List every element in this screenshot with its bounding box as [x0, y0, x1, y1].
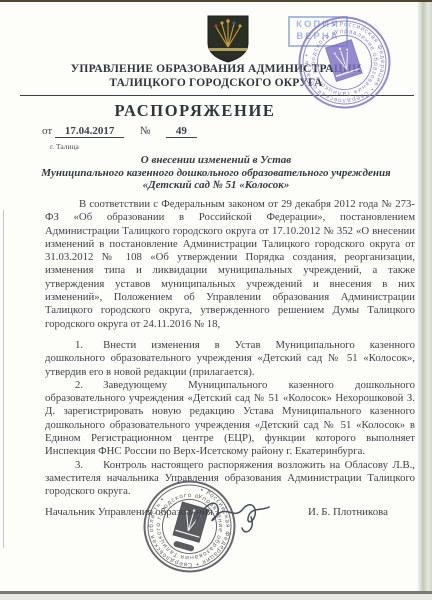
preamble-paragraph: В соответствии с Федеральным законом от …: [45, 198, 415, 331]
signature-scribble: [192, 494, 284, 536]
order-item-1: 1.Внести изменения в Устав Муниципальног…: [45, 339, 415, 379]
document-body: В соответствии с Федеральным законом от …: [45, 198, 415, 499]
official-round-stamp-top: • Российская Федерация • Свердловская об…: [296, 14, 393, 111]
scanned-document-page: УПРАВЛЕНИЕ ОБРАЗОВАНИЯ АДМИНИСТРАЦИИ ТАЛ…: [0, 0, 432, 600]
item-2-number: 2.: [75, 379, 83, 391]
scan-top-edge: [0, 0, 432, 2]
number-value: 49: [166, 125, 197, 138]
item-1-number: 1.: [75, 339, 83, 351]
document-title-line2: Муниципального казенного дошкольного обр…: [30, 167, 402, 180]
document-title-line3: «Детский сад № 51 «Колосок»: [30, 179, 402, 192]
document-title-line1: О внесении изменений в Устав: [30, 154, 402, 167]
scan-right-edge: [417, 2, 432, 600]
stamp-shield: [326, 40, 362, 82]
number-label: №: [140, 125, 151, 137]
item-2-text: Заведующему Муниципального казенного дош…: [45, 379, 415, 457]
document-title: О внесении изменений в Устав Муниципальн…: [30, 154, 402, 192]
signer-name: И. Б. Плотникова: [308, 506, 388, 518]
item-3-number: 3.: [75, 459, 83, 471]
scan-fold-line: [3, 210, 4, 548]
date-number-row: от 17.04.2017 № 49: [42, 125, 197, 137]
date-label: от: [42, 125, 52, 137]
date-value: 17.04.2017: [55, 125, 125, 138]
order-item-2: 2.Заведующему Муниципального казенного д…: [45, 379, 415, 459]
item-1-text: Внести изменения в Устав Муниципального …: [45, 339, 415, 378]
coat-of-arms: [205, 14, 251, 64]
city-label: г. Талица: [50, 142, 79, 151]
scan-bottom-margin: [0, 594, 432, 600]
shield-band: [209, 48, 247, 51]
